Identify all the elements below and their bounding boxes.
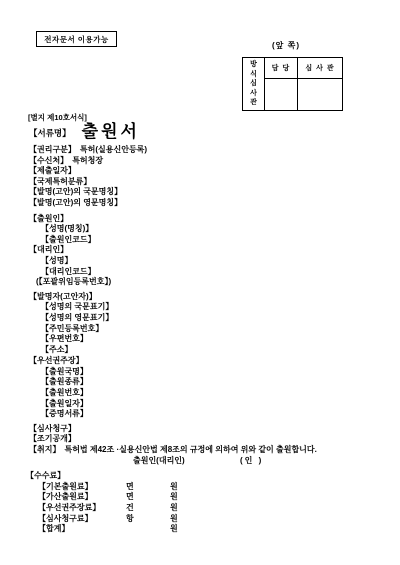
field-row-submission-date: 【제출일자】	[0, 166, 400, 177]
field-label: 【성명(명칭)】	[41, 224, 93, 233]
field-row-applicant-code: 【출원인코드】	[0, 235, 400, 246]
field-row-right-category: 【권리구분】특허(실용신안등록)	[0, 145, 400, 156]
field-label: 【수신처】	[29, 156, 68, 165]
field-label: 【발명자(고안자)】	[29, 292, 97, 301]
field-label: 【출원종류】	[41, 377, 88, 386]
examiner-table-row-header: 방식심사관	[243, 58, 265, 110]
field-row-inventor-name-en: 【성명의 영문표기】	[0, 313, 400, 324]
field-row-priority-claim: 【우선권주장】	[0, 356, 400, 367]
field-label: 【제출일자】	[29, 166, 76, 175]
fee-currency: 원	[170, 503, 178, 514]
field-label: 【심사청구】	[29, 424, 76, 433]
field-label: 【발명(고안)의 국문명칭】	[29, 187, 122, 196]
field-row-priority-application-date: 【출원일자】	[0, 399, 400, 410]
field-label: 【수수료】	[26, 471, 65, 480]
field-label: 【주소】	[41, 345, 72, 354]
seal-placeholder: (인 )	[240, 456, 263, 467]
signature-applicant-label: 출원인(대리인)	[133, 456, 185, 467]
field-row-inventor-address: 【주소】	[0, 345, 400, 356]
examiner-table-col-header-examiner: 심 사 관	[298, 58, 342, 79]
fee-currency: 원	[170, 492, 178, 503]
fee-row-priority-claim-fee: 【우선권주장료】건원	[0, 503, 400, 514]
document-title-value: 출원서	[82, 123, 140, 141]
field-label: 【출원국명】	[41, 367, 88, 376]
fees-section-header: 【수수료】	[0, 471, 400, 482]
fee-currency: 원	[170, 524, 178, 535]
field-row-priority-proof-document: 【증명서류】	[0, 409, 400, 420]
field-row-priority-application-type: 【출원종류】	[0, 377, 400, 388]
field-row-recipient: 【수신처】특허청장	[0, 156, 400, 167]
statement-text: 특허법 제42조 ·실용신안법 제8조의 규정에 의하여 위와 같이 출원합니다…	[64, 445, 316, 454]
field-row-inventor-postal-code: 【우편번호】	[0, 334, 400, 345]
field-row-examination-request: 【심사청구】	[0, 424, 400, 435]
field-label: 【성명】	[41, 256, 72, 265]
field-row-agent: 【대리인】	[0, 245, 400, 256]
fee-label: 【합계】	[38, 524, 69, 533]
field-label: 【조기공개】	[29, 434, 76, 443]
field-row-invention-title-kr: 【발명(고안)의 국문명칭】	[0, 187, 400, 198]
field-row-inventor-name-kr: 【성명의 국문표기】	[0, 302, 400, 313]
fee-label: 【우선권주장료】	[38, 503, 100, 512]
field-label: (【포괄위임등록번호】)	[36, 277, 111, 286]
fee-unit: 항	[126, 514, 134, 525]
field-row-applicant-name: 【성명(명칭)】	[0, 224, 400, 235]
field-label: 【증명서류】	[41, 409, 88, 418]
field-label: 【출원인】	[29, 214, 68, 223]
field-row-inventor-resident-id: 【주민등록번호】	[0, 324, 400, 335]
field-row-agent-name: 【성명】	[0, 256, 400, 267]
examiner-table-cell-in-charge	[265, 79, 298, 110]
page-side-marker: (앞 쪽)	[242, 40, 330, 51]
fee-label: 【심사청구료】	[38, 514, 93, 523]
field-label: 【대리인】	[29, 245, 68, 254]
document-title-label: 【서류명】	[29, 127, 71, 141]
field-label: 【대리인코드】	[41, 267, 96, 276]
electronic-document-stamp: 전자문서 이용가능	[36, 31, 117, 47]
examiner-review-table: 방식심사관 담 당 심 사 관	[242, 57, 343, 111]
fee-row-total: 【합계】원	[0, 524, 400, 535]
field-label: 【우편번호】	[41, 334, 88, 343]
field-value: 특허청장	[72, 156, 103, 165]
document-title-row: 【서류명】 출원서	[29, 123, 140, 141]
electronic-document-stamp-label: 전자문서 이용가능	[44, 34, 109, 45]
field-row-early-publication: 【조기공개】	[0, 434, 400, 445]
examiner-table-col-header-in-charge: 담 당	[265, 58, 298, 79]
fee-row-additional-filing-fee: 【가산출원료】면원	[0, 492, 400, 503]
fee-label: 【기본출원료】	[38, 482, 93, 491]
field-label: 【발명(고안)의 영문명칭】	[29, 198, 122, 207]
field-value: 특허(실용신안등록)	[80, 145, 147, 154]
field-label: 【성명의 국문표기】	[41, 302, 113, 311]
fee-row-examination-request-fee: 【심사청구료】항원	[0, 514, 400, 525]
form-body: 【권리구분】특허(실용신안등록) 【수신처】특허청장 【제출일자】 【국제특허분…	[0, 145, 400, 535]
field-label: 【주민등록번호】	[41, 324, 103, 333]
fee-currency: 원	[170, 482, 178, 493]
field-label: 【취지】	[29, 445, 60, 454]
field-label: 【권리구분】	[29, 145, 76, 154]
statement-row: 【취지】특허법 제42조 ·실용신안법 제8조의 규정에 의하여 위와 같이 출…	[0, 445, 400, 456]
fee-row-basic-filing-fee: 【기본출원료】면원	[0, 482, 400, 493]
field-row-priority-country: 【출원국명】	[0, 367, 400, 378]
field-row-ipc-class: 【국제특허분류】	[0, 177, 400, 188]
field-row-priority-application-number: 【출원번호】	[0, 388, 400, 399]
field-row-invention-title-en: 【발명(고안)의 영문명칭】	[0, 198, 400, 209]
fee-currency: 원	[170, 514, 178, 525]
field-label: 【출원번호】	[41, 388, 88, 397]
field-label: 【출원인코드】	[41, 235, 96, 244]
fee-unit: 면	[126, 482, 134, 493]
field-row-agent-code: 【대리인코드】	[0, 267, 400, 278]
field-label: 【성명의 영문표기】	[41, 313, 113, 322]
formality-examiner-vertical-label: 방식심사관	[249, 60, 258, 108]
field-row-applicant: 【출원인】	[0, 214, 400, 225]
field-label: 【출원일자】	[41, 399, 88, 408]
field-row-comprehensive-delegation-number: (【포괄위임등록번호】)	[0, 277, 400, 288]
field-label: 【우선권주장】	[29, 356, 84, 365]
examiner-table-cell-examiner	[298, 79, 342, 110]
form-reference-note: [별지 제10호서식]	[28, 112, 87, 123]
signature-row: 출원인(대리인) (인 )	[0, 456, 400, 467]
fee-unit: 면	[126, 492, 134, 503]
field-label: 【국제특허분류】	[29, 177, 91, 186]
fee-label: 【가산출원료】	[38, 492, 93, 501]
patent-application-form-page: 전자문서 이용가능 (앞 쪽) 방식심사관 담 당 심 사 관 [별지 제10호…	[0, 0, 400, 565]
field-row-inventor: 【발명자(고안자)】	[0, 292, 400, 303]
fee-unit: 건	[126, 503, 134, 514]
